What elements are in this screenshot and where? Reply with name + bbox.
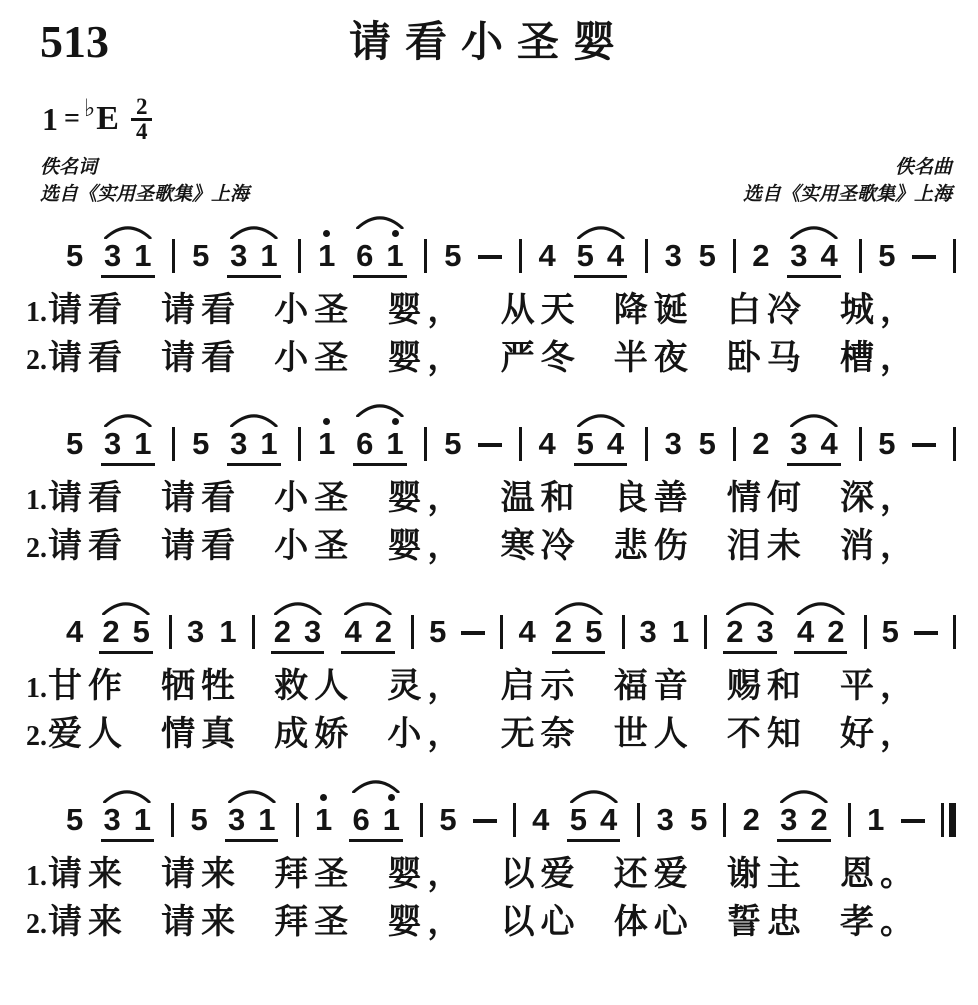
note-digit: 5 bbox=[439, 804, 456, 836]
note-digit: 1 bbox=[260, 240, 277, 272]
note-digit: 4 bbox=[821, 240, 838, 272]
note-digit: 2 bbox=[102, 616, 119, 648]
lyric-cluster: 谢主 bbox=[727, 852, 807, 898]
lyric-cluster: 灵， bbox=[387, 664, 467, 710]
duration-dash bbox=[478, 443, 502, 447]
note-glyph: 3 bbox=[665, 240, 682, 272]
duration-dash bbox=[461, 631, 485, 635]
lyric-cluster: 小圣 bbox=[274, 336, 354, 382]
lyric-segment: 婴， bbox=[387, 900, 467, 946]
note-glyph: 4 bbox=[66, 616, 83, 648]
note: 5 bbox=[878, 240, 895, 278]
note-digit: 5 bbox=[133, 616, 150, 648]
note-glyph: 2 bbox=[726, 616, 743, 648]
bar-line bbox=[953, 615, 956, 649]
lyric-segment: 小圣 bbox=[274, 336, 354, 382]
note-group: 54 bbox=[573, 414, 629, 466]
system-4: 53153116154543523211.请来请来拜圣婴，以爱还爱谢主恩。2.请… bbox=[0, 776, 978, 948]
note-glyph: 6 bbox=[352, 804, 369, 836]
note-group: 31 bbox=[224, 790, 280, 842]
credit-composer: 佚名曲 bbox=[743, 154, 952, 181]
verse-number: 2. bbox=[26, 902, 47, 948]
note: 3 bbox=[665, 240, 682, 278]
note-digit: 3 bbox=[228, 804, 245, 836]
lyric-segment: 甘作 bbox=[48, 664, 128, 710]
lyric-segment: 从天 bbox=[501, 288, 581, 334]
note-digit: 2 bbox=[375, 616, 392, 648]
note-group: 31 bbox=[226, 226, 282, 278]
note-glyph: 5 bbox=[190, 804, 207, 836]
note-digit: 6 bbox=[356, 428, 373, 460]
lyric-cluster: 深， bbox=[840, 476, 920, 522]
note-digit: 5 bbox=[570, 804, 587, 836]
note: 5 bbox=[192, 428, 209, 466]
lyric-segment: 不知 bbox=[727, 712, 807, 758]
note-glyph: 5 bbox=[699, 428, 716, 460]
verse-number: 1. bbox=[26, 290, 47, 336]
note-glyph: 5 bbox=[439, 804, 456, 836]
note-group: 32 bbox=[776, 790, 832, 842]
lyric-segment: 降诞 bbox=[614, 288, 694, 334]
lyric-segment: 以心 bbox=[501, 900, 581, 946]
lyric-segment: 福音 bbox=[614, 664, 694, 710]
note-digit: 3 bbox=[230, 428, 247, 460]
note-digit: 4 bbox=[607, 240, 624, 272]
lyric-cluster: 无奈 bbox=[501, 712, 581, 758]
duration-dash bbox=[914, 631, 938, 635]
note-digit: 1 bbox=[672, 616, 689, 648]
slur-arc bbox=[355, 216, 405, 229]
lyric-cluster: 请看 bbox=[161, 476, 241, 522]
lyric-cluster: 体心 bbox=[614, 900, 694, 946]
lyric-cluster: 拜圣 bbox=[274, 900, 354, 946]
note-glyph: 2 bbox=[810, 804, 827, 836]
lyrics-row-verse-1: 1.请看请看小圣婴，温和良善情何深， bbox=[26, 476, 920, 524]
bar-line bbox=[859, 239, 862, 273]
bar-line bbox=[859, 427, 862, 461]
time-signature: 2 4 bbox=[131, 96, 153, 143]
lyric-segment: 深， bbox=[840, 476, 920, 522]
key-equals: = bbox=[64, 103, 80, 135]
bar-line bbox=[953, 427, 956, 461]
lyric-cluster: 婴， bbox=[387, 476, 467, 522]
lyric-cluster: 恩。 bbox=[840, 852, 920, 898]
lyric-cluster: 小， bbox=[387, 712, 467, 758]
note-group: 34 bbox=[786, 226, 842, 278]
note-digit: 1 bbox=[386, 240, 403, 272]
beamed-notes: 31 bbox=[101, 428, 155, 466]
octave-dot bbox=[320, 794, 327, 801]
note-digit: 3 bbox=[187, 616, 204, 648]
verse-number: 2. bbox=[26, 714, 47, 760]
note-group: 42 bbox=[793, 602, 849, 654]
note-glyph: 4 bbox=[539, 240, 556, 272]
lyric-cluster: 拜圣 bbox=[274, 852, 354, 898]
beamed-notes: 23 bbox=[271, 616, 325, 654]
lyric-segment: 赐和 bbox=[727, 664, 807, 710]
lyric-cluster: 温和 bbox=[501, 476, 581, 522]
lyric-cluster: 孝。 bbox=[840, 900, 920, 946]
note-digit: 3 bbox=[790, 240, 807, 272]
note: 4 bbox=[518, 616, 535, 654]
note: 5 bbox=[699, 240, 716, 278]
note-glyph: 1 bbox=[260, 428, 277, 460]
bar-line bbox=[500, 615, 503, 649]
note: 4 bbox=[532, 804, 549, 842]
bar-line bbox=[723, 803, 726, 837]
note-glyph: 2 bbox=[743, 804, 760, 836]
lyric-cluster: 请来 bbox=[161, 852, 241, 898]
note-glyph: 2 bbox=[274, 616, 291, 648]
note-digit: 3 bbox=[104, 428, 121, 460]
note-digit: 1 bbox=[318, 240, 335, 272]
note-digit: 2 bbox=[743, 804, 760, 836]
lyric-segment: 拜圣 bbox=[274, 900, 354, 946]
bar-line bbox=[645, 239, 648, 273]
bar-line bbox=[298, 239, 301, 273]
score: 53153116154543523451.请看请看小圣婴，从天降诞白冷城，2.请… bbox=[0, 212, 978, 948]
note-digit: 4 bbox=[539, 428, 556, 460]
note-digit: 5 bbox=[585, 616, 602, 648]
note-glyph: 3 bbox=[230, 240, 247, 272]
note: 5 bbox=[439, 804, 456, 842]
music-line: 5315311615454352345 bbox=[66, 212, 956, 278]
note-group: 61 bbox=[352, 404, 408, 466]
note-digit: 4 bbox=[539, 240, 556, 272]
lyric-segment: 体心 bbox=[614, 900, 694, 946]
note-glyph: 1 bbox=[672, 616, 689, 648]
note-group: 31 bbox=[100, 414, 156, 466]
lyric-cluster: 婴， bbox=[387, 524, 467, 570]
note-digit: 3 bbox=[640, 616, 657, 648]
lyric-cluster: 不知 bbox=[727, 712, 807, 758]
bar-line bbox=[953, 239, 956, 273]
system-2: 53153116154543523451.请看请看小圣婴，温和良善情何深，2.请… bbox=[0, 400, 978, 572]
note-digit: 3 bbox=[657, 804, 674, 836]
lyric-segment: 卧马 bbox=[727, 336, 807, 382]
lyric-segment: 还爱 bbox=[614, 852, 694, 898]
duration-dash bbox=[473, 819, 497, 823]
note-group: 61 bbox=[348, 780, 404, 842]
bar-line bbox=[733, 427, 736, 461]
note-glyph: 5 bbox=[429, 616, 446, 648]
lyric-segment: 请看 bbox=[48, 336, 128, 382]
lyric-segment: 请看 bbox=[48, 288, 128, 334]
lyrics-row-verse-2: 2.爱人情真成娇小，无奈世人不知好， bbox=[26, 712, 920, 760]
note-group: 25 bbox=[551, 602, 607, 654]
note-digit: 1 bbox=[318, 428, 335, 460]
note-digit: 3 bbox=[104, 240, 121, 272]
note-glyph: 1 bbox=[386, 230, 403, 272]
note-digit: 2 bbox=[752, 240, 769, 272]
lyric-cluster: 2.请来 bbox=[26, 900, 128, 948]
note-group: 31 bbox=[100, 226, 156, 278]
lyric-segment: 平， bbox=[840, 664, 920, 710]
beamed-notes: 32 bbox=[777, 804, 831, 842]
octave-dot bbox=[392, 418, 399, 425]
note-glyph: 1 bbox=[318, 230, 335, 272]
note-glyph: 5 bbox=[192, 428, 209, 460]
note-glyph: 4 bbox=[532, 804, 549, 836]
note-digit: 5 bbox=[66, 804, 83, 836]
note-digit: 1 bbox=[315, 804, 332, 836]
octave-dot bbox=[392, 230, 399, 237]
note-digit: 4 bbox=[344, 616, 361, 648]
lyric-segment: 婴， bbox=[387, 524, 467, 570]
lyric-cluster: 请看 bbox=[161, 288, 241, 334]
lyrics-row-verse-1: 1.甘作牺牲救人灵，启示福音赐和平， bbox=[26, 664, 920, 712]
note-glyph: 4 bbox=[821, 428, 838, 460]
lyric-cluster: 救人 bbox=[274, 664, 354, 710]
note: 5 bbox=[690, 804, 707, 842]
beamed-notes: 61 bbox=[349, 794, 403, 842]
note-digit: 3 bbox=[756, 616, 773, 648]
note-glyph: 2 bbox=[752, 428, 769, 460]
bar-line bbox=[424, 427, 427, 461]
note: 5 bbox=[444, 428, 461, 466]
note-group: 54 bbox=[573, 226, 629, 278]
note-digit: 5 bbox=[190, 804, 207, 836]
note-glyph: 4 bbox=[607, 428, 624, 460]
octave-dot bbox=[323, 230, 330, 237]
flat-icon: ♭ bbox=[84, 94, 95, 122]
note-digit: 3 bbox=[230, 240, 247, 272]
final-bar-line bbox=[941, 803, 956, 837]
lyric-segment: 城， bbox=[840, 288, 920, 334]
note-glyph: 1 bbox=[318, 418, 335, 460]
lyric-cluster: 婴， bbox=[387, 852, 467, 898]
lyric-segment: 消， bbox=[840, 524, 920, 570]
lyric-cluster: 请来 bbox=[161, 900, 241, 946]
credits: 佚名词 选自《实用圣歌集》上海 佚名曲 选自《实用圣歌集》上海 bbox=[40, 154, 952, 208]
lyric-cluster: 严冬 bbox=[501, 336, 581, 382]
lyric-cluster: 以爱 bbox=[501, 852, 581, 898]
lyric-cluster: 良善 bbox=[614, 476, 694, 522]
lyric-segment: 拜圣 bbox=[274, 852, 354, 898]
note-group: 23 bbox=[722, 602, 778, 654]
lyric-cluster: 还爱 bbox=[614, 852, 694, 898]
note: 4 bbox=[539, 428, 556, 466]
beamed-notes: 34 bbox=[787, 428, 841, 466]
note-glyph: 6 bbox=[356, 240, 373, 272]
verse-number: 2. bbox=[26, 338, 47, 384]
note-digit: 5 bbox=[878, 240, 895, 272]
beamed-notes: 42 bbox=[794, 616, 848, 654]
note-glyph: 1 bbox=[258, 804, 275, 836]
note-digit: 3 bbox=[665, 428, 682, 460]
slur-arc bbox=[355, 404, 405, 417]
note: 3 bbox=[665, 428, 682, 466]
note-glyph: 4 bbox=[518, 616, 535, 648]
lyric-segment: 谢主 bbox=[727, 852, 807, 898]
lyric-cluster: 请看 bbox=[161, 524, 241, 570]
note-digit: 1 bbox=[258, 804, 275, 836]
lyric-cluster: 小圣 bbox=[274, 288, 354, 334]
final-bar-thick bbox=[949, 803, 956, 837]
lyric-segment: 恩。 bbox=[840, 852, 920, 898]
note-digit: 2 bbox=[726, 616, 743, 648]
note-digit: 3 bbox=[104, 804, 121, 836]
lyric-segment: 请来 bbox=[48, 852, 128, 898]
note-glyph: 5 bbox=[577, 240, 594, 272]
note: 1 bbox=[315, 794, 332, 842]
lyric-cluster: 2.请看 bbox=[26, 336, 128, 384]
bar-line bbox=[172, 239, 175, 273]
note-glyph: 5 bbox=[192, 240, 209, 272]
lyric-cluster: 2.爱人 bbox=[26, 712, 128, 760]
note-digit: 1 bbox=[383, 804, 400, 836]
note-digit: 3 bbox=[780, 804, 797, 836]
note: 5 bbox=[190, 804, 207, 842]
credit-lyricist: 佚名词 bbox=[40, 154, 249, 181]
bar-line bbox=[637, 803, 640, 837]
beamed-notes: 25 bbox=[552, 616, 606, 654]
note-glyph: 1 bbox=[383, 794, 400, 836]
note-glyph: 5 bbox=[699, 240, 716, 272]
music-line: 5315311615454352345 bbox=[66, 400, 956, 466]
note-digit: 2 bbox=[555, 616, 572, 648]
lyric-segment: 请看 bbox=[48, 476, 128, 522]
note-digit: 5 bbox=[690, 804, 707, 836]
note-group: 54 bbox=[566, 790, 622, 842]
bar-line bbox=[171, 803, 174, 837]
lyric-cluster: 婴， bbox=[387, 336, 467, 382]
lyric-cluster: 情何 bbox=[727, 476, 807, 522]
note-digit: 4 bbox=[821, 428, 838, 460]
note-digit: 5 bbox=[192, 428, 209, 460]
lyric-cluster: 婴， bbox=[387, 900, 467, 946]
note: 1 bbox=[318, 230, 335, 278]
lyric-cluster: 情真 bbox=[161, 712, 241, 758]
note-digit: 5 bbox=[66, 428, 83, 460]
bar-line bbox=[519, 427, 522, 461]
note-glyph: 1 bbox=[134, 240, 151, 272]
note-glyph: 5 bbox=[570, 804, 587, 836]
lyric-segment: 请看 bbox=[161, 336, 241, 382]
lyric-cluster: 悲伤 bbox=[614, 524, 694, 570]
note-glyph: 3 bbox=[104, 240, 121, 272]
beamed-notes: 31 bbox=[227, 240, 281, 278]
credit-source-left: 选自《实用圣歌集》上海 bbox=[40, 181, 249, 208]
note-glyph: 5 bbox=[66, 240, 83, 272]
lyric-segment: 小圣 bbox=[274, 524, 354, 570]
lyric-cluster: 平， bbox=[840, 664, 920, 710]
lyric-cluster: 1.请看 bbox=[26, 288, 128, 336]
note-digit: 4 bbox=[607, 428, 624, 460]
note-glyph: 2 bbox=[752, 240, 769, 272]
lyric-segment: 泪未 bbox=[727, 524, 807, 570]
lyric-segment: 请看 bbox=[161, 288, 241, 334]
note-digit: 5 bbox=[699, 428, 716, 460]
beamed-notes: 54 bbox=[567, 804, 621, 842]
note: 4 bbox=[66, 616, 83, 654]
note: 1 bbox=[672, 616, 689, 654]
final-bar-thin bbox=[941, 803, 944, 837]
lyric-segment: 悲伤 bbox=[614, 524, 694, 570]
beamed-notes: 31 bbox=[101, 240, 155, 278]
beamed-notes: 34 bbox=[787, 240, 841, 278]
note-digit: 5 bbox=[699, 240, 716, 272]
note-glyph: 2 bbox=[555, 616, 572, 648]
bar-line bbox=[864, 615, 867, 649]
lyric-segment: 婴， bbox=[387, 288, 467, 334]
bar-line bbox=[519, 239, 522, 273]
lyric-segment: 无奈 bbox=[501, 712, 581, 758]
lyric-cluster: 2.请看 bbox=[26, 524, 128, 572]
note-digit: 3 bbox=[790, 428, 807, 460]
lyric-segment: 婴， bbox=[387, 336, 467, 382]
lyric-cluster: 以心 bbox=[501, 900, 581, 946]
credit-source-right: 选自《实用圣歌集》上海 bbox=[743, 181, 952, 208]
lyric-cluster: 婴， bbox=[387, 288, 467, 334]
lyric-segment: 灵， bbox=[387, 664, 467, 710]
beamed-notes: 23 bbox=[723, 616, 777, 654]
lyric-segment: 以爱 bbox=[501, 852, 581, 898]
note: 2 bbox=[752, 428, 769, 466]
note-glyph: 1 bbox=[386, 418, 403, 460]
bar-line bbox=[622, 615, 625, 649]
note-group: 42 bbox=[340, 602, 396, 654]
note-digit: 5 bbox=[577, 240, 594, 272]
note: 2 bbox=[743, 804, 760, 842]
lyric-segment: 请来 bbox=[48, 900, 128, 946]
note-glyph: 6 bbox=[356, 428, 373, 460]
note-digit: 1 bbox=[867, 804, 884, 836]
note: 5 bbox=[444, 240, 461, 278]
note-glyph: 2 bbox=[102, 616, 119, 648]
note-digit: 2 bbox=[827, 616, 844, 648]
lyric-segment: 成娇 bbox=[274, 712, 354, 758]
note-glyph: 4 bbox=[344, 616, 361, 648]
lyric-cluster: 好， bbox=[840, 712, 920, 758]
note-digit: 5 bbox=[882, 616, 899, 648]
note-glyph: 4 bbox=[607, 240, 624, 272]
lyric-segment: 请来 bbox=[161, 900, 241, 946]
lyric-cluster: 1.请来 bbox=[26, 852, 128, 900]
key-do: 1 bbox=[42, 101, 58, 138]
lyrics-row-verse-1: 1.请来请来拜圣婴，以爱还爱谢主恩。 bbox=[26, 852, 920, 900]
note: 3 bbox=[187, 616, 204, 654]
note: 1 bbox=[219, 616, 236, 654]
note: 1 bbox=[318, 418, 335, 466]
beamed-notes: 31 bbox=[227, 428, 281, 466]
lyric-segment: 良善 bbox=[614, 476, 694, 522]
bar-line bbox=[424, 239, 427, 273]
lyric-cluster: 1.甘作 bbox=[26, 664, 128, 712]
note-digit: 5 bbox=[577, 428, 594, 460]
note: 5 bbox=[699, 428, 716, 466]
note-digit: 4 bbox=[532, 804, 549, 836]
key-letter: E bbox=[96, 100, 119, 138]
note-digit: 5 bbox=[444, 240, 461, 272]
time-denominator: 4 bbox=[131, 118, 153, 143]
note-digit: 1 bbox=[134, 804, 151, 836]
note: 2 bbox=[752, 240, 769, 278]
note-digit: 2 bbox=[752, 428, 769, 460]
music-line: 5315311615454352321 bbox=[66, 776, 956, 842]
note-glyph: 5 bbox=[878, 240, 895, 272]
lyric-cluster: 世人 bbox=[614, 712, 694, 758]
sheet-music-page: 513 请看小圣婴 1 = ♭ E 2 4 佚名词 选自《实用圣歌集》上海 佚名… bbox=[0, 0, 978, 1005]
note-glyph: 5 bbox=[133, 616, 150, 648]
lyric-cluster: 誓忠 bbox=[727, 900, 807, 946]
beamed-notes: 61 bbox=[353, 230, 407, 278]
verse-number: 2. bbox=[26, 526, 47, 572]
bar-line bbox=[848, 803, 851, 837]
duration-dash bbox=[901, 819, 925, 823]
lyric-segment: 请来 bbox=[161, 852, 241, 898]
note-digit: 5 bbox=[66, 240, 83, 272]
